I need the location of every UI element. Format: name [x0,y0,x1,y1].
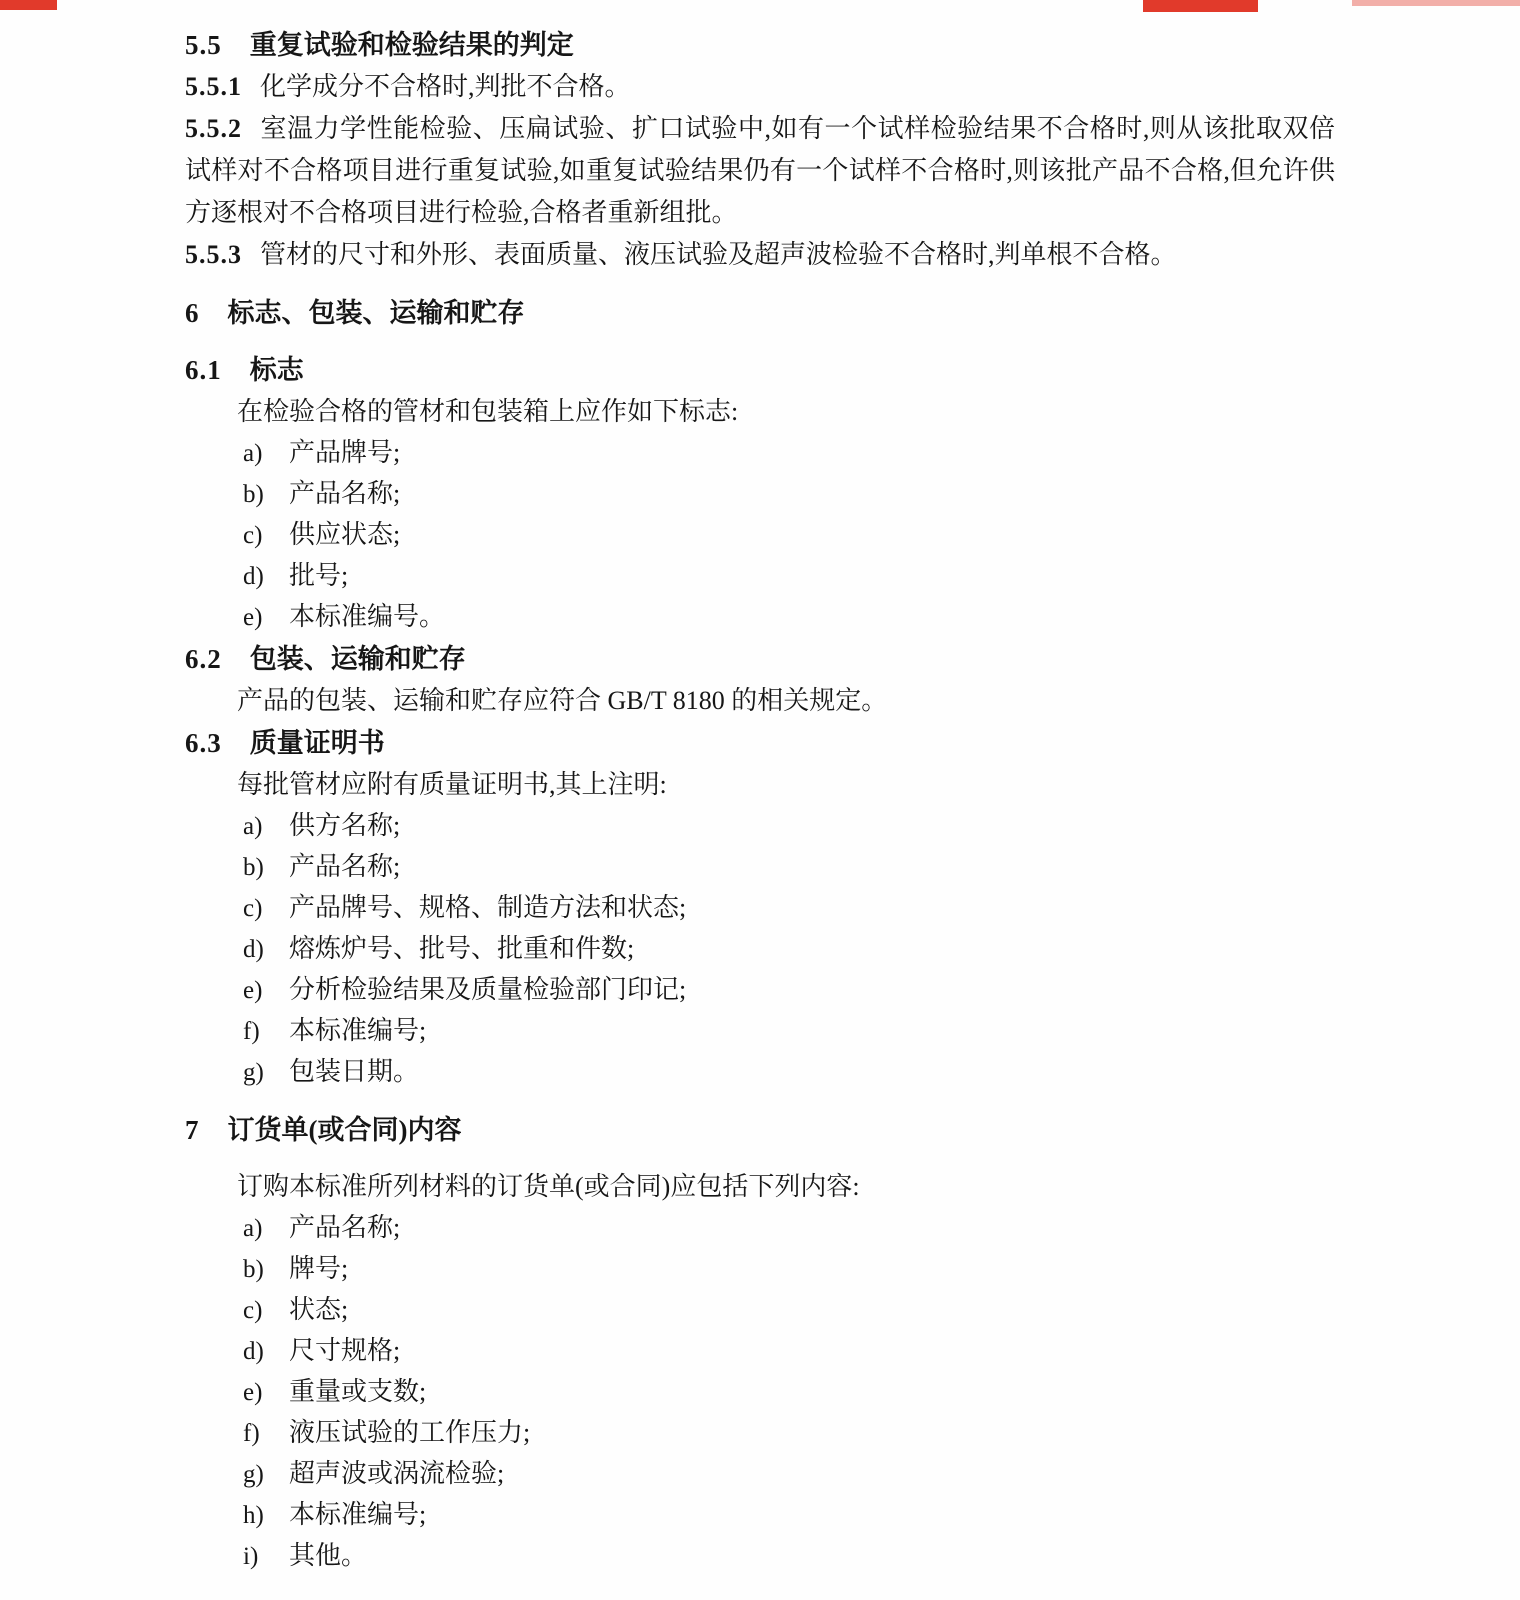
list-item: d)批号; [185,556,1335,597]
clause-text: 管材的尺寸和外形、表面质量、液压试验及超声波检验不合格时,判单根不合格。 [260,240,1177,269]
document-body: 5.5重复试验和检验结果的判定5.5.1化学成分不合格时,判批不合格。5.5.2… [185,24,1335,1577]
list-item: c)产品牌号、规格、制造方法和状态; [185,888,1335,929]
section-title: 标志、包装、运输和贮存 [228,298,525,328]
list-marker: e) [243,1373,289,1413]
clause-text: 化学成分不合格时,判批不合格。 [260,72,631,101]
section-title: 包装、运输和贮存 [250,644,466,674]
list-item: a)产品牌号; [185,433,1335,474]
lettered-list: a)产品名称;b)牌号;c)状态;d)尺寸规格;e)重量或支数;f)液压试验的工… [185,1208,1335,1577]
list-item: g)包装日期。 [185,1052,1335,1093]
list-item-text: 其他。 [289,1541,367,1570]
scan-artifact-right [1352,0,1520,6]
list-marker: d) [243,930,289,970]
list-item: d)熔炼炉号、批号、批重和件数; [185,929,1335,970]
list-item: a)产品名称; [185,1208,1335,1249]
list-marker: a) [243,434,289,474]
section-title: 质量证明书 [250,728,385,758]
lettered-list: a)供方名称;b)产品名称;c)产品牌号、规格、制造方法和状态;d)熔炼炉号、批… [185,806,1335,1093]
section-title: 订货单(或合同)内容 [228,1115,462,1145]
list-item: f)本标准编号; [185,1011,1335,1052]
section-title: 标志 [250,355,304,385]
list-item-text: 产品牌号; [289,438,400,467]
list-item: f)液压试验的工作压力; [185,1413,1335,1454]
section-heading-7: 7订货单(或合同)内容 [185,1109,1335,1151]
list-item: e)分析检验结果及质量检验部门印记; [185,970,1335,1011]
section-heading-5.5: 5.5重复试验和检验结果的判定 [185,24,1335,66]
list-marker: d) [243,557,289,597]
list-item-text: 牌号; [289,1254,348,1283]
list-item: h)本标准编号; [185,1495,1335,1536]
list-item: g)超声波或涡流检验; [185,1454,1335,1495]
list-marker: h) [243,1496,289,1536]
list-marker: a) [243,807,289,847]
section-number: 6.2 [185,644,222,674]
list-item-text: 批号; [289,561,348,590]
list-item: e)本标准编号。 [185,597,1335,638]
list-marker: b) [243,848,289,888]
list-marker: e) [243,971,289,1011]
list-item-text: 重量或支数; [289,1377,426,1406]
scan-artifact-middle [1143,0,1258,12]
list-marker: c) [243,516,289,556]
list-marker: f) [243,1012,289,1052]
list-marker: f) [243,1414,289,1454]
list-marker: g) [243,1053,289,1093]
paragraph: 产品的包装、运输和贮存应符合 GB/T 8180 的相关规定。 [185,680,1335,722]
list-item-text: 液压试验的工作压力; [289,1418,530,1447]
list-item-text: 产品名称; [289,479,400,508]
paragraph: 在检验合格的管材和包装箱上应作如下标志: [185,391,1335,433]
list-item-text: 尺寸规格; [289,1336,400,1365]
list-marker: g) [243,1455,289,1495]
list-marker: a) [243,1209,289,1249]
list-item-text: 供应状态; [289,520,400,549]
scan-artifact-left [0,0,57,10]
list-marker: b) [243,1250,289,1290]
list-item-text: 超声波或涡流检验; [289,1459,504,1488]
list-item: i)其他。 [185,1536,1335,1577]
document-page: 5.5重复试验和检验结果的判定5.5.1化学成分不合格时,判批不合格。5.5.2… [0,0,1520,1600]
section-heading-6.2: 6.2包装、运输和贮存 [185,638,1335,680]
clause-5.5.3: 5.5.3管材的尺寸和外形、表面质量、液压试验及超声波检验不合格时,判单根不合格… [185,234,1335,276]
list-item-text: 状态; [289,1295,348,1324]
lettered-list: a)产品牌号;b)产品名称;c)供应状态;d)批号;e)本标准编号。 [185,433,1335,638]
paragraph: 订购本标准所列材料的订货单(或合同)应包括下列内容: [185,1166,1335,1208]
clause-number: 5.5.3 [185,240,242,269]
list-item: b)牌号; [185,1249,1335,1290]
clause-text: 室温力学性能检验、压扁试验、扩口试验中,如有一个试样检验结果不合格时,则从该批取… [185,114,1335,227]
list-item-text: 包装日期。 [289,1057,419,1086]
section-number: 6 [185,298,200,328]
list-item: a)供方名称; [185,806,1335,847]
section-title: 重复试验和检验结果的判定 [250,30,574,60]
clause-5.5.2: 5.5.2室温力学性能检验、压扁试验、扩口试验中,如有一个试样检验结果不合格时,… [185,108,1335,234]
list-item: c)状态; [185,1290,1335,1331]
list-item-text: 本标准编号; [289,1500,426,1529]
section-number: 7 [185,1115,200,1145]
section-number: 5.5 [185,30,222,60]
list-item-text: 熔炼炉号、批号、批重和件数; [289,934,634,963]
section-heading-6: 6标志、包装、运输和贮存 [185,292,1335,334]
paragraph: 每批管材应附有质量证明书,其上注明: [185,764,1335,806]
list-marker: c) [243,889,289,929]
list-item-text: 本标准编号; [289,1016,426,1045]
list-item: c)供应状态; [185,515,1335,556]
list-marker: d) [243,1332,289,1372]
list-item: b)产品名称; [185,847,1335,888]
section-heading-6.1: 6.1标志 [185,349,1335,391]
list-item-text: 供方名称; [289,811,400,840]
list-item-text: 产品名称; [289,852,400,881]
list-item: e)重量或支数; [185,1372,1335,1413]
list-marker: i) [243,1537,289,1577]
section-number: 6.1 [185,355,222,385]
list-item: b)产品名称; [185,474,1335,515]
list-item-text: 分析检验结果及质量检验部门印记; [289,975,686,1004]
list-marker: c) [243,1291,289,1331]
list-item-text: 产品牌号、规格、制造方法和状态; [289,893,686,922]
section-heading-6.3: 6.3质量证明书 [185,722,1335,764]
clause-number: 5.5.2 [185,114,242,143]
list-marker: e) [243,598,289,638]
list-item-text: 本标准编号。 [289,602,445,631]
clause-number: 5.5.1 [185,72,242,101]
list-marker: b) [243,475,289,515]
section-number: 6.3 [185,728,222,758]
list-item: d)尺寸规格; [185,1331,1335,1372]
list-item-text: 产品名称; [289,1213,400,1242]
clause-5.5.1: 5.5.1化学成分不合格时,判批不合格。 [185,66,1335,108]
